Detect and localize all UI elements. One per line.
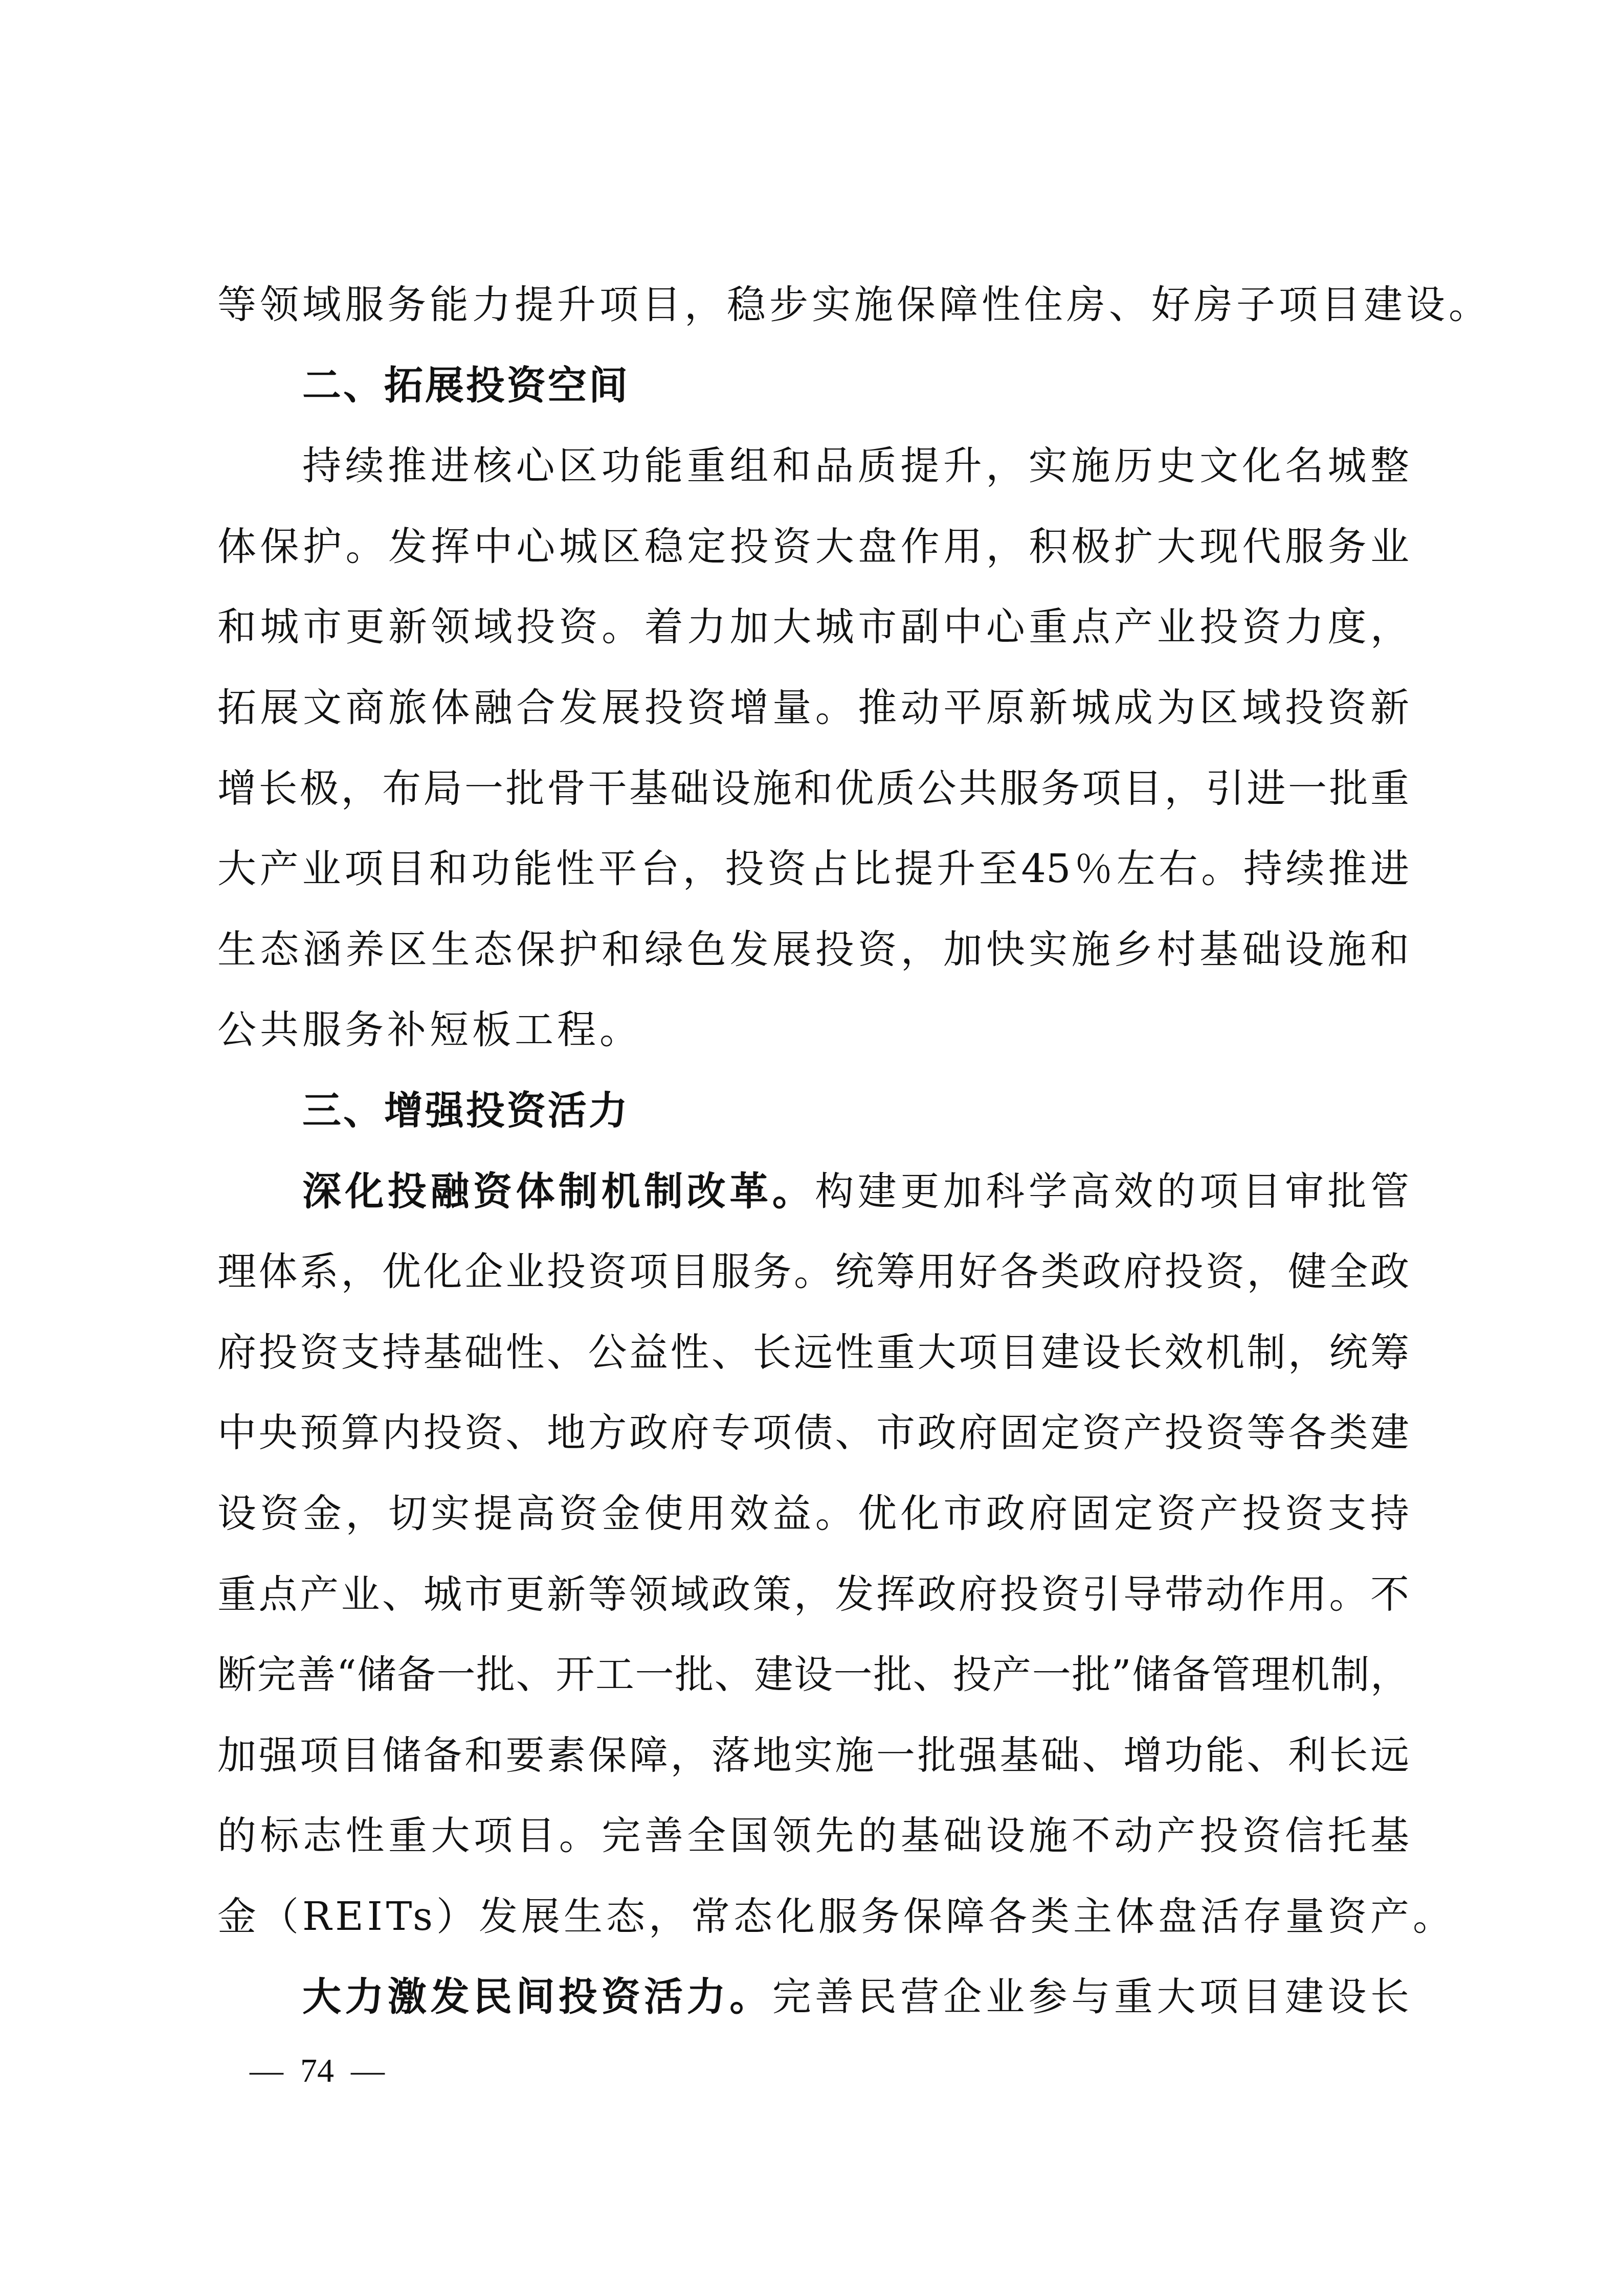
body-line: 的标志性重大项目。完善全国领先的基础设施不动产投资信托基 xyxy=(217,1795,1409,1876)
line-text: 持续推进核心区功能重组和品质提升，实施历史文化名城整 xyxy=(302,443,1409,488)
body-line: 等领域服务能力提升项目，稳步实施保障性住房、好房子项目建设。 xyxy=(217,264,1409,345)
body-line: 生态涵养区生态保护和绿色发展投资，加快实施乡村基础设施和 xyxy=(217,909,1409,990)
body-line: 设资金，切实提高资金使用效益。优化市政府固定资产投资支持 xyxy=(217,1473,1409,1554)
line-text: 公共服务补短板工程。 xyxy=(217,1007,642,1052)
body-line: 府投资支持基础性、公益性、长远性重大项目建设长效机制，统筹 xyxy=(217,1312,1409,1393)
body-line: 增长极，布局一批骨干基础设施和优质公共服务项目，引进一批重 xyxy=(217,748,1409,829)
line-text: 拓展文商旅体融合发展投资增量。推动平原新城成为区域投资新 xyxy=(217,685,1409,730)
body-line: 体保护。发挥中心城区稳定投资大盘作用，积极扩大现代服务业 xyxy=(217,506,1409,587)
body-line: 断完善“储备一批、开工一批、建设一批、投产一批”储备管理机制， xyxy=(217,1634,1409,1715)
line-text: 断完善“储备一批、开工一批、建设一批、投产一批”储备管理机制， xyxy=(217,1652,1409,1697)
line-text: 体保护。发挥中心城区稳定投资大盘作用，积极扩大现代服务业 xyxy=(217,524,1409,569)
line-text: 理体系，优化企业投资项目服务。统筹用好各类政府投资，健全政 xyxy=(217,1249,1409,1294)
body-line: 金（REITs）发展生态，常态化服务保障各类主体盘活存量资产。 xyxy=(217,1876,1409,1957)
line-text: 重点产业、城市更新等领域政策，发挥政府投资引导带动作用。不 xyxy=(217,1571,1409,1617)
lead-phrase: 深化投融资体制机制改革。 xyxy=(302,1168,815,1214)
line-text: 设资金，切实提高资金使用效益。优化市政府固定资产投资支持 xyxy=(217,1491,1409,1536)
line-text: 府投资支持基础性、公益性、长远性重大项目建设长效机制，统筹 xyxy=(217,1330,1409,1375)
body-line: 大产业项目和功能性平台，投资占比提升至45％左右。持续推进 xyxy=(217,828,1409,909)
section-heading-expand-space: 二、拓展投资空间 xyxy=(217,345,1409,426)
lead-phrase: 大力激发民间投资活力。 xyxy=(302,1974,772,2019)
line-text: 和城市更新领域投资。着力加大城市副中心重点产业投资力度， xyxy=(217,604,1409,649)
body-line: 拓展文商旅体融合发展投资增量。推动平原新城成为区域投资新 xyxy=(217,667,1409,748)
body-line: 持续推进核心区功能重组和品质提升，实施历史文化名城整 xyxy=(217,425,1409,506)
body-line: 和城市更新领域投资。着力加大城市副中心重点产业投资力度， xyxy=(217,587,1409,667)
line-text: 完善民营企业参与重大项目建设长 xyxy=(772,1974,1409,2019)
line-text: 金（REITs）发展生态，常态化服务保障各类主体盘活存量资产。 xyxy=(217,1894,1455,1939)
body-line: 理体系，优化企业投资项目服务。统筹用好各类政府投资，健全政 xyxy=(217,1231,1409,1312)
heading-text: 三、增强投资活力 xyxy=(302,1088,630,1133)
line-text: 加强项目储备和要素保障，落地实施一批强基础、增功能、利长远 xyxy=(217,1732,1409,1778)
body-line: 深化投融资体制机制改革。构建更加科学高效的项目审批管 xyxy=(217,1151,1409,1232)
document-body: 等领域服务能力提升项目，稳步实施保障性住房、好房子项目建设。 二、拓展投资空间 … xyxy=(217,264,1409,2037)
body-line: 加强项目储备和要素保障，落地实施一批强基础、增功能、利长远 xyxy=(217,1715,1409,1796)
heading-text: 二、拓展投资空间 xyxy=(302,363,630,408)
line-text: 中央预算内投资、地方政府专项债、市政府固定资产投资等各类建 xyxy=(217,1410,1409,1455)
document-page: 等领域服务能力提升项目，稳步实施保障性住房、好房子项目建设。 二、拓展投资空间 … xyxy=(0,0,1624,2296)
line-text: 的标志性重大项目。完善全国领先的基础设施不动产投资信托基 xyxy=(217,1813,1409,1858)
line-text: 大产业项目和功能性平台，投资占比提升至45％左右。持续推进 xyxy=(217,846,1409,891)
section-heading-boost-vitality: 三、增强投资活力 xyxy=(217,1070,1409,1151)
body-line: 公共服务补短板工程。 xyxy=(217,989,1409,1070)
body-line: 中央预算内投资、地方政府专项债、市政府固定资产投资等各类建 xyxy=(217,1392,1409,1473)
line-text: 增长极，布局一批骨干基础设施和优质公共服务项目，引进一批重 xyxy=(217,766,1409,811)
line-text: 等领域服务能力提升项目，稳步实施保障性住房、好房子项目建设。 xyxy=(217,282,1491,327)
line-text: 生态涵养区生态保护和绿色发展投资，加快实施乡村基础设施和 xyxy=(217,927,1409,972)
body-line: 大力激发民间投资活力。完善民营企业参与重大项目建设长 xyxy=(217,1956,1409,2037)
line-text: 构建更加科学高效的项目审批管 xyxy=(815,1168,1409,1214)
body-line: 重点产业、城市更新等领域政策，发挥政府投资引导带动作用。不 xyxy=(217,1554,1409,1635)
page-number: — 74 — xyxy=(250,2051,385,2091)
